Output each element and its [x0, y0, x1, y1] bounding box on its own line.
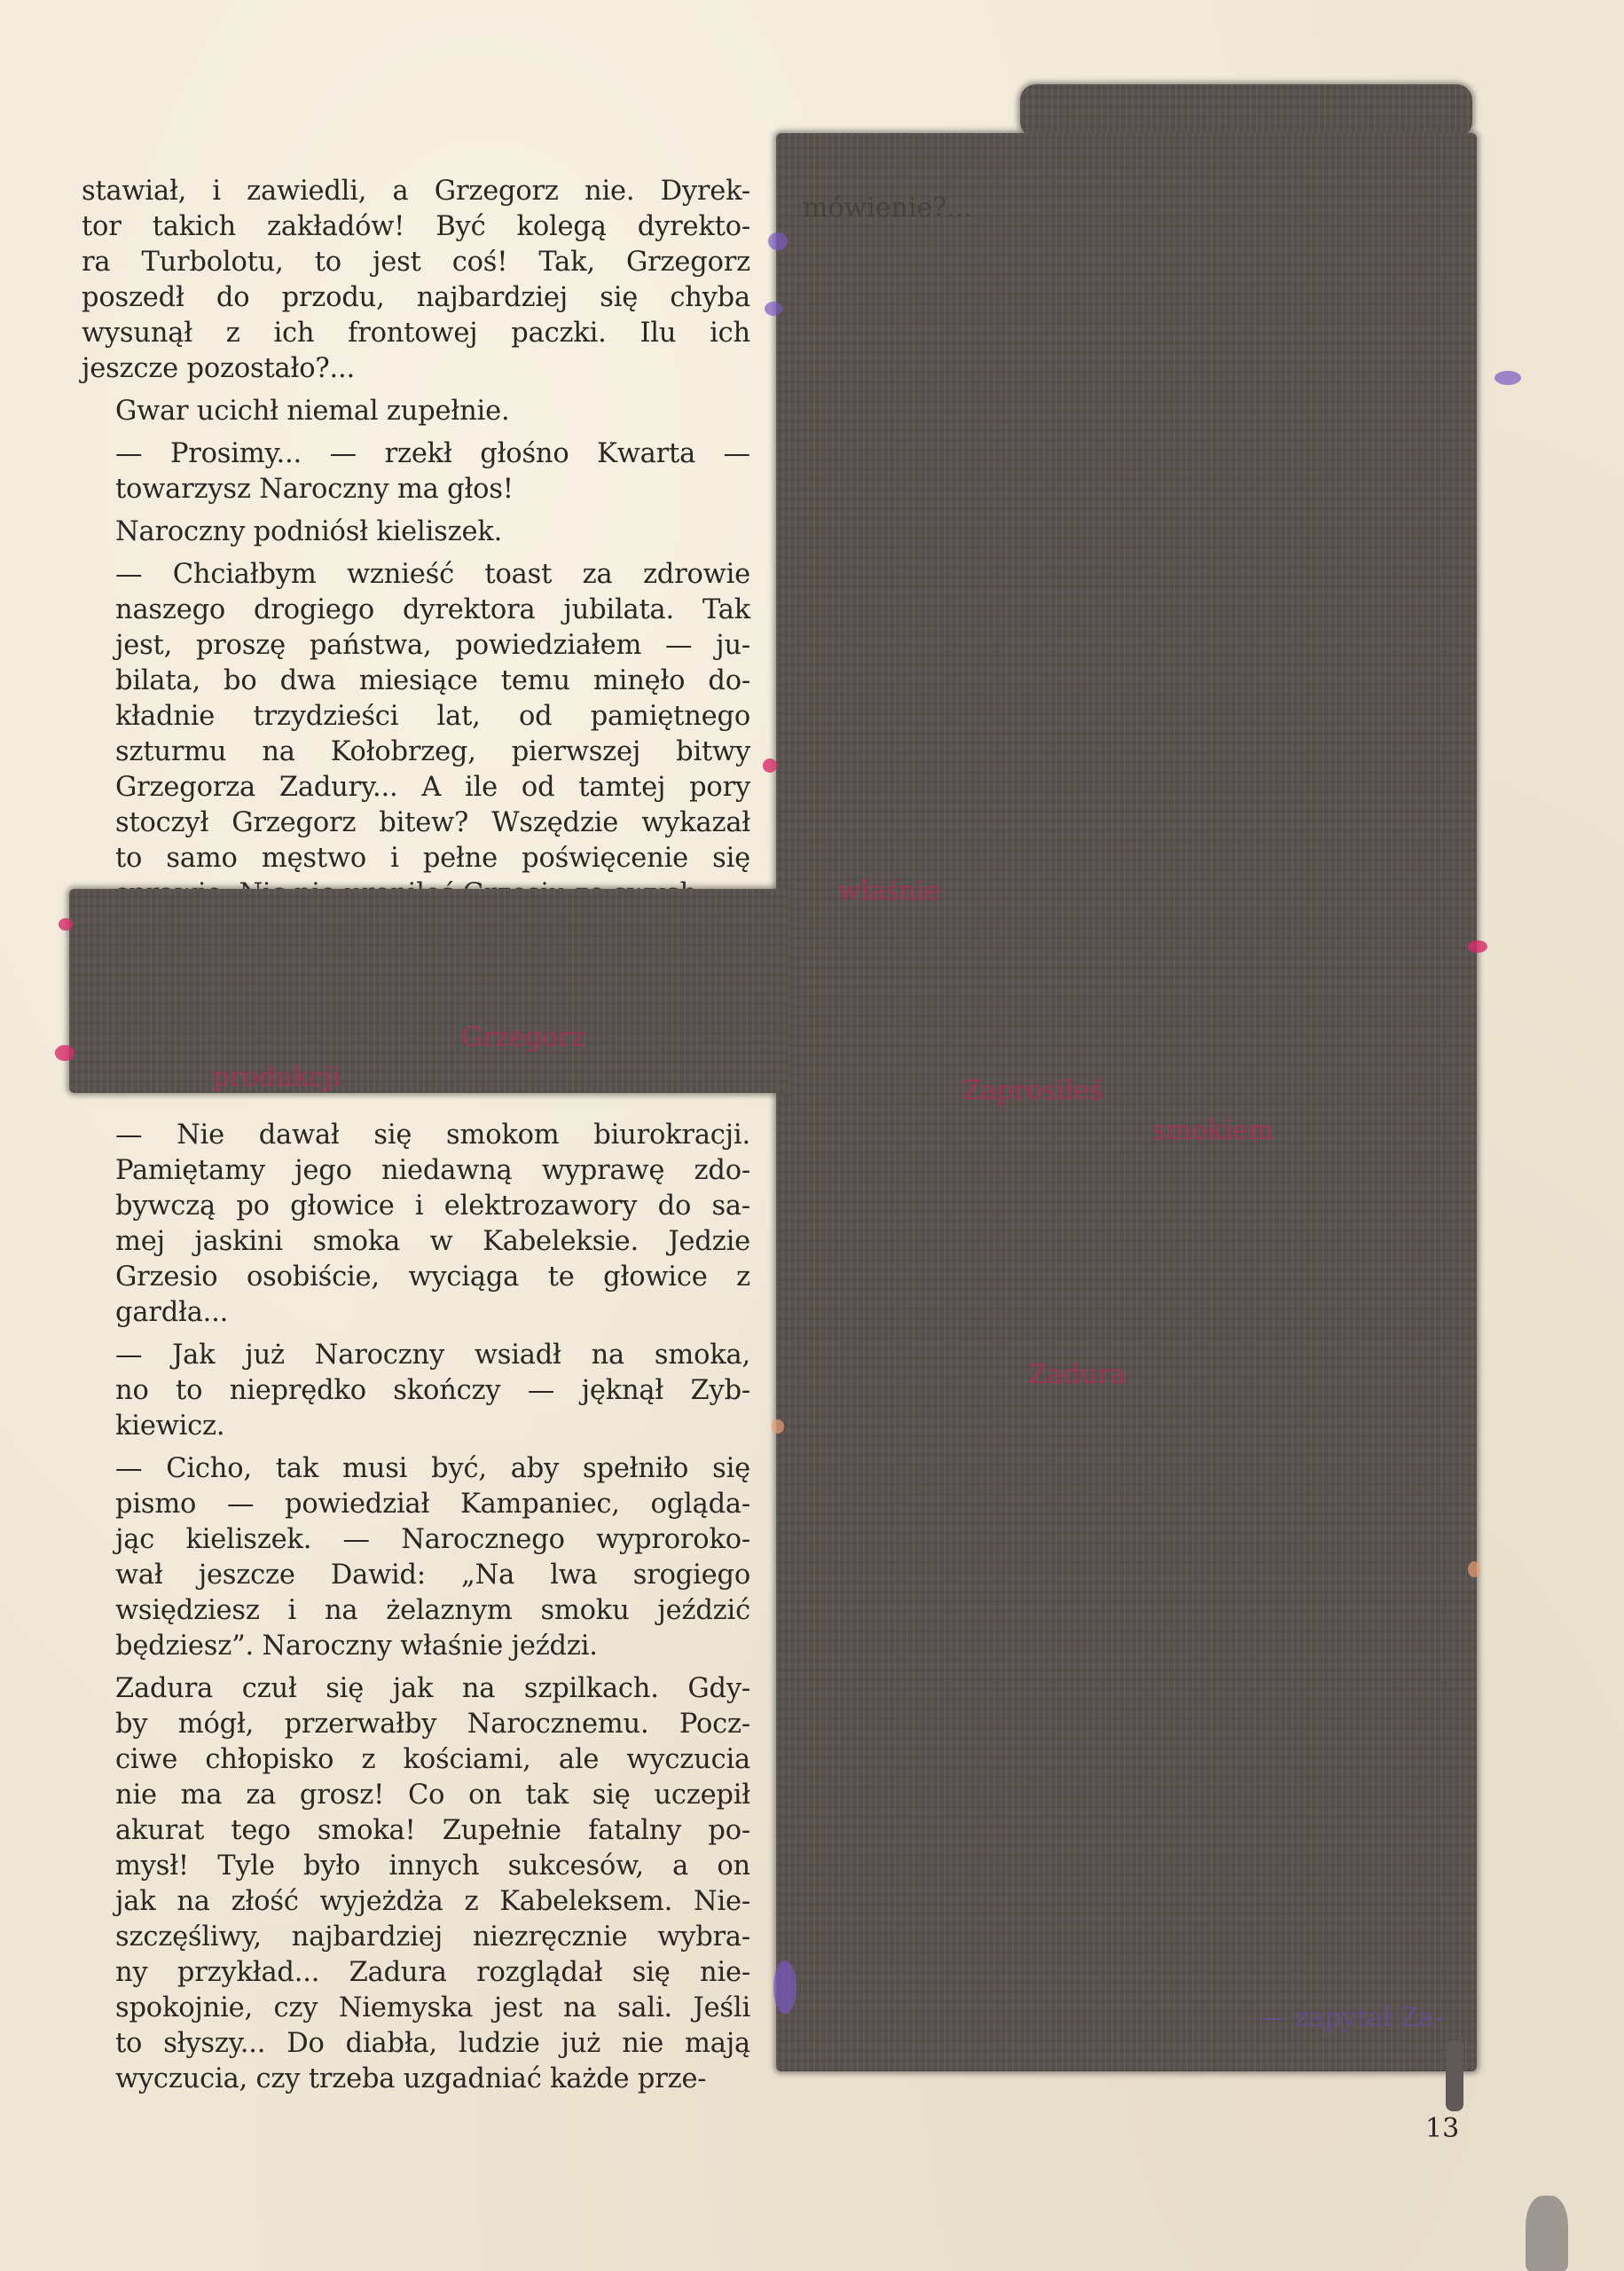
redacted-right-column — [776, 133, 1477, 2071]
crayon-mark — [55, 1045, 75, 1061]
paragraph: — Jak już Naroczny wsiadł na smoka,no to… — [82, 1338, 750, 1444]
left-text-column: stawiał, i zawiedli, a Grzegorz nie. Dyr… — [82, 174, 750, 2104]
crayon-mark — [765, 302, 782, 316]
ghost-word: — zapytał Za- — [1259, 2000, 1443, 2036]
text-line: — Chciałbym wznieść toast za zdrowie — [82, 557, 750, 593]
ghost-word: mówienie?... — [803, 191, 972, 226]
paragraph: stawiał, i zawiedli, a Grzegorz nie. Dyr… — [82, 174, 750, 387]
paragraph: Naroczny podniósł kieliszek. — [82, 515, 750, 550]
text-line: Grzegorza Zadury... A ile od tamtej pory — [82, 770, 750, 805]
text-line: to słyszy... Do diabła, ludzie już nie m… — [82, 2026, 750, 2062]
crayon-mark — [1468, 1561, 1480, 1577]
paragraph: — Nie dawał się smokom biurokracji.Pamię… — [82, 1118, 750, 1331]
text-line: stawiał, i zawiedli, a Grzegorz nie. Dyr… — [82, 174, 750, 209]
text-line: — Jak już Naroczny wsiadł na smoka, — [82, 1338, 750, 1373]
text-line: poszedł do przodu, najbardziej się chyba — [82, 280, 750, 316]
ghost-word: smokiem — [1153, 1113, 1274, 1149]
graphite-drip — [1446, 2040, 1463, 2111]
text-line: bywczą po głowice i elektrozawory do sa- — [82, 1189, 750, 1224]
text-line: — Cicho, tak musi być, aby spełniło się — [82, 1451, 750, 1487]
text-line: Gwar ucichł niemal zupełnie. — [82, 394, 750, 429]
paragraph: Gwar ucichł niemal zupełnie. — [82, 394, 750, 429]
page-number: 13 — [1425, 2113, 1459, 2145]
ghost-word: Grzegorz — [461, 1020, 584, 1056]
crayon-mark — [768, 232, 788, 250]
text-line: — Nie dawał się smokom biurokracji. — [82, 1118, 750, 1153]
redacted-running-header — [1020, 84, 1472, 138]
text-line: stoczył Grzegorz bitew? Wszędzie wykazał — [82, 805, 750, 841]
text-line: — Prosimy... — rzekł głośno Kwarta — — [82, 436, 750, 472]
text-line: wał jeszcze Dawid: „Na lwa srogiego — [82, 1558, 750, 1593]
crayon-mark — [59, 918, 73, 931]
text-line: spokojnie, czy Niemyska jest na sali. Je… — [82, 1991, 750, 2026]
paragraph: Zadura czuł się jak na szpilkach. Gdy-by… — [82, 1671, 750, 2097]
text-line: pismo — powiedział Kampaniec, ogląda- — [82, 1487, 750, 1522]
text-line: wyczucia, czy trzeba uzgadniać każde prz… — [82, 2062, 750, 2097]
ghost-word: Zadura — [1029, 1357, 1126, 1393]
text-line: bilata, bo dwa miesiące temu minęło do- — [82, 664, 750, 699]
text-line: jest, proszę państwa, powiedziałem — ju- — [82, 628, 750, 664]
text-line: szczęśliwy, najbardziej niezręcznie wybr… — [82, 1920, 750, 1955]
text-line: akurat tego smoka! Zupełnie fatalny po- — [82, 1813, 750, 1849]
text-line: towarzysz Naroczny ma głos! — [82, 472, 750, 507]
text-line: Zadura czuł się jak na szpilkach. Gdy- — [82, 1671, 750, 1707]
paragraph: — Prosimy... — rzekł głośno Kwarta —towa… — [82, 436, 750, 507]
text-line: Pamiętamy jego niedawną wyprawę zdo- — [82, 1153, 750, 1189]
crayon-mark — [1495, 371, 1521, 385]
text-line: to samo męstwo i pełne poświęcenie się — [82, 841, 750, 876]
text-line: ciwe chłopisko z kościami, ale wyczucia — [82, 1742, 750, 1778]
crayon-mark — [1468, 940, 1487, 953]
crayon-mark — [763, 758, 777, 773]
text-line: no to nieprędko skończy — jęknął Zyb- — [82, 1373, 750, 1409]
paragraph: — Cicho, tak musi być, aby spełniło sięp… — [82, 1451, 750, 1664]
text-line: by mógł, przerwałby Narocznemu. Pocz- — [82, 1707, 750, 1742]
text-line: mej jaskini smoka w Kabeleksie. Jedzie — [82, 1224, 750, 1260]
text-line: jak na złość wyjeżdża z Kabeleksem. Nie- — [82, 1884, 750, 1920]
paragraph: — Chciałbym wznieść toast za zdrowienasz… — [82, 557, 750, 912]
text-line: kładnie trzydzieści lat, od pamiętnego — [82, 699, 750, 735]
crayon-mark — [772, 1419, 784, 1434]
text-line: będziesz”. Naroczny właśnie jeździ. — [82, 1629, 750, 1664]
ghost-word: właśnie — [838, 874, 940, 909]
text-line: Grzesio osobiście, wyciąga te głowice z — [82, 1260, 750, 1295]
text-line: tor takich zakładów! Być kolegą dyrekto- — [82, 209, 750, 245]
graphite-smudge — [1526, 2196, 1568, 2271]
text-line: ny przykład... Zadura rozglądał się nie- — [82, 1955, 750, 1991]
text-line: jeszcze pozostało?... — [82, 351, 750, 387]
ghost-word: produkcji — [213, 1060, 341, 1096]
ghost-word: Zaprosiłeś — [962, 1073, 1102, 1109]
text-line: szturmu na Kołobrzeg, pierwszej bitwy — [82, 735, 750, 770]
crayon-mark — [773, 1961, 796, 2014]
text-line: wsiędziesz i na żelaznym smoku jeździć — [82, 1593, 750, 1629]
text-line: jąc kieliszek. — Narocznego wyproroko- — [82, 1522, 750, 1558]
text-line: wysunął z ich frontowej paczki. Ilu ich — [82, 316, 750, 351]
text-line: mysł! Tyle było innych sukcesów, a on — [82, 1849, 750, 1884]
text-line: gardła... — [82, 1295, 750, 1331]
text-line: nie ma za grosz! Co on tak się uczepił — [82, 1778, 750, 1813]
text-line: naszego drogiego dyrektora jubilata. Tak — [82, 593, 750, 628]
redacted-left-band — [69, 889, 788, 1093]
text-line: ra Turbolotu, to jest coś! Tak, Grzegorz — [82, 245, 750, 280]
text-line: kiewicz. — [82, 1409, 750, 1444]
text-line: Naroczny podniósł kieliszek. — [82, 515, 750, 550]
